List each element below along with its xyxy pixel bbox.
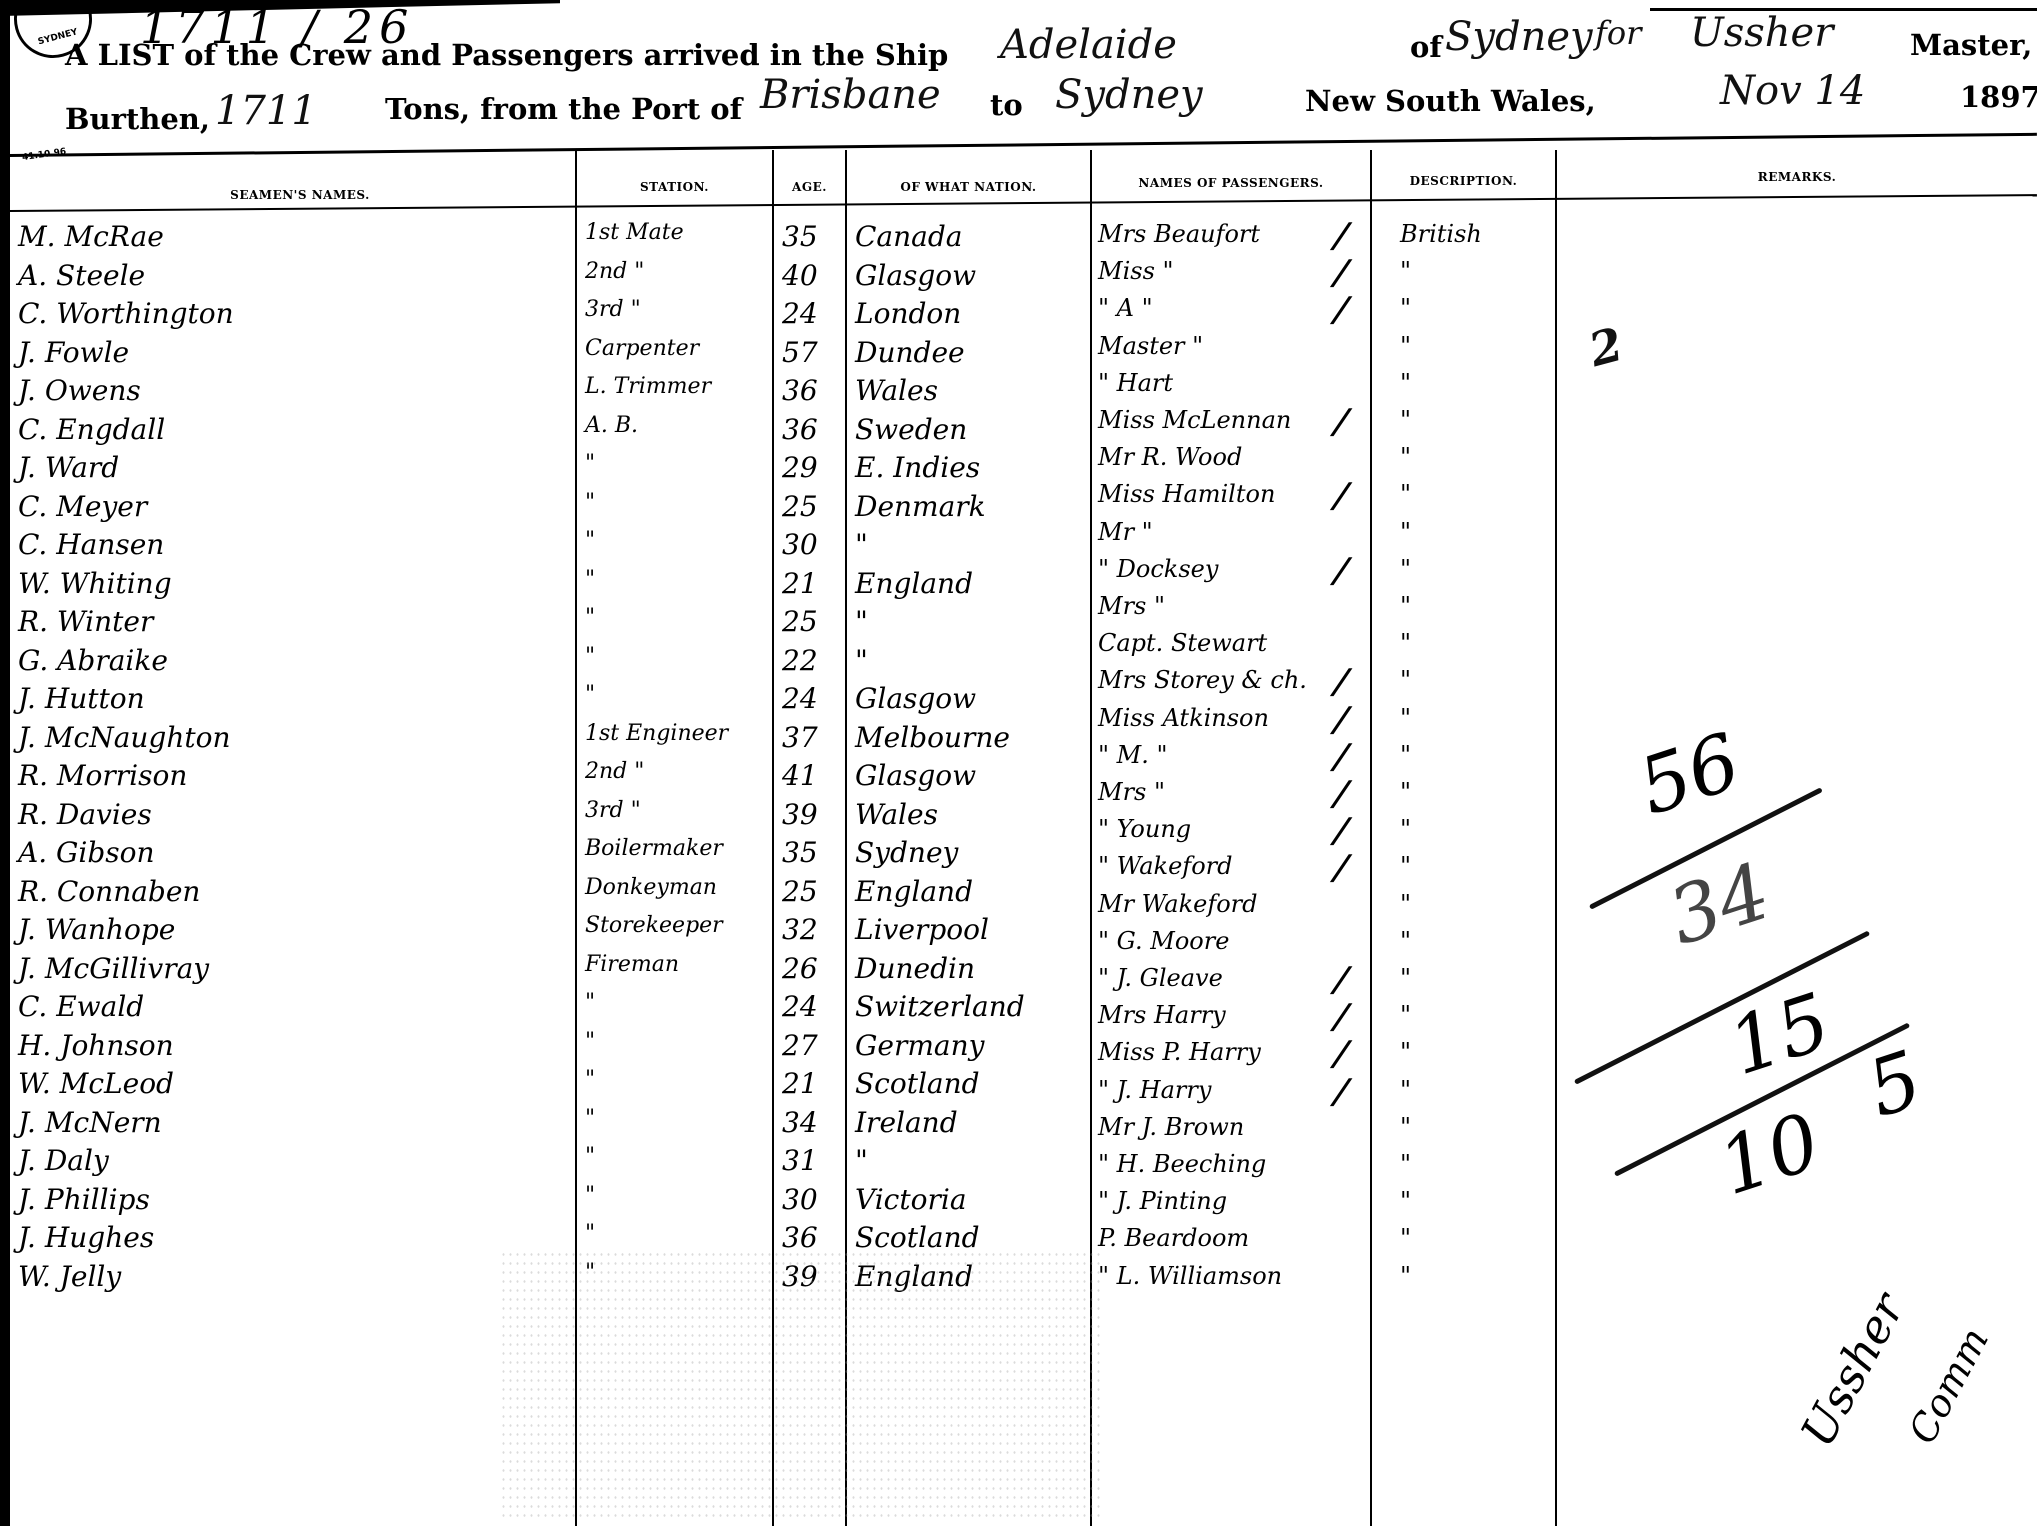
- passenger-description: ": [1400, 1150, 1411, 1178]
- check-mark-icon: /: [1328, 402, 1355, 442]
- col-head-remarks: REMARKS.: [1557, 170, 2037, 184]
- passenger-description: ": [1400, 890, 1411, 918]
- to-port: Sydney: [1055, 72, 1203, 118]
- passenger-row: Mrs Beaufort/British: [0, 220, 2037, 258]
- check-mark-icon: /: [1328, 774, 1355, 814]
- check-mark-icon: /: [1328, 997, 1355, 1037]
- passenger-row: Capt. Stewart": [0, 629, 2037, 667]
- passenger-name: Master ": [1098, 332, 1203, 360]
- passenger-name: " J. Pinting: [1098, 1187, 1227, 1215]
- region-label: New South Wales,: [1305, 84, 1596, 118]
- passenger-name: Miss Hamilton: [1098, 480, 1275, 508]
- passenger-row: Miss Hamilton/": [0, 480, 2037, 518]
- voyage-date: Nov 14: [1720, 68, 1865, 114]
- top-rule: [1650, 8, 2037, 11]
- for-label: for: [1595, 14, 1641, 52]
- passenger-description: ": [1400, 1224, 1411, 1252]
- passenger-name: Mrs Storey & ch.: [1098, 666, 1307, 694]
- passenger-description: ": [1400, 629, 1411, 657]
- of-label: of: [1410, 30, 1442, 64]
- passenger-description: ": [1400, 257, 1411, 285]
- passenger-name: Miss ": [1098, 257, 1174, 285]
- check-mark-icon: /: [1328, 1072, 1355, 1112]
- passenger-description: ": [1400, 1001, 1411, 1029]
- passenger-row: Miss McLennan/": [0, 406, 2037, 444]
- passenger-name: " L. Williamson: [1098, 1262, 1282, 1290]
- passenger-description: ": [1400, 555, 1411, 583]
- ship-of: Sydney: [1445, 14, 1593, 60]
- passenger-row: Mrs "": [0, 592, 2037, 630]
- passenger-name: Mr R. Wood: [1098, 443, 1242, 471]
- passenger-description: ": [1400, 1076, 1411, 1104]
- passenger-row: " J. Harry/": [0, 1076, 2037, 1114]
- col-head-description: DESCRIPTION.: [1372, 174, 1555, 188]
- check-mark-icon: /: [1328, 737, 1355, 777]
- check-mark-icon: /: [1328, 811, 1355, 851]
- passenger-description: ": [1400, 443, 1411, 471]
- passenger-description: ": [1400, 741, 1411, 769]
- passenger-description: ": [1400, 666, 1411, 694]
- check-mark-icon: /: [1328, 253, 1355, 293]
- check-mark-icon: /: [1328, 551, 1355, 591]
- passenger-description: ": [1400, 1038, 1411, 1066]
- col-head-passengers: NAMES OF PASSENGERS.: [1092, 176, 1370, 190]
- ship-name: Adelaide: [1000, 22, 1177, 68]
- check-mark-icon: /: [1328, 1034, 1355, 1074]
- passenger-name: " Hart: [1098, 369, 1173, 397]
- check-mark-icon: /: [1328, 848, 1355, 888]
- passenger-row: " Hart": [0, 369, 2037, 407]
- master-name: Ussher: [1690, 10, 1833, 56]
- passenger-name: " J. Gleave: [1098, 964, 1223, 992]
- passenger-description: ": [1400, 1187, 1411, 1215]
- passenger-name: P. Beardoom: [1098, 1224, 1249, 1252]
- passenger-description: ": [1400, 592, 1411, 620]
- passenger-description: ": [1400, 369, 1411, 397]
- check-mark-icon: /: [1328, 290, 1355, 330]
- passenger-name: " Wakeford: [1098, 852, 1232, 880]
- passenger-description: ": [1400, 1262, 1411, 1290]
- voyage-year: 1897: [1960, 80, 2037, 114]
- header-line1-prefix: A LIST of the Crew and Passengers arrive…: [65, 38, 948, 72]
- passenger-description: ": [1400, 778, 1411, 806]
- passenger-row: Mrs Storey & ch./": [0, 666, 2037, 704]
- check-mark-icon: /: [1328, 216, 1355, 256]
- passenger-description: ": [1400, 815, 1411, 843]
- burthen-label: Burthen,: [65, 102, 210, 136]
- passenger-row: Master "": [0, 332, 2037, 370]
- master-label: Master,: [1910, 28, 2032, 62]
- passenger-description: ": [1400, 927, 1411, 955]
- col-head-nation: OF WHAT NATION.: [847, 180, 1090, 194]
- passenger-name: " Young: [1098, 815, 1191, 843]
- passenger-description: ": [1400, 1113, 1411, 1141]
- passenger-description: ": [1400, 406, 1411, 434]
- passenger-description: ": [1400, 480, 1411, 508]
- passenger-name: Mrs ": [1098, 778, 1165, 806]
- signature-title: Comm: [1900, 1320, 1997, 1450]
- check-mark-icon: /: [1328, 476, 1355, 516]
- passenger-name: " A ": [1098, 294, 1153, 322]
- passenger-row: " Docksey/": [0, 555, 2037, 593]
- passenger-row: Mr "": [0, 518, 2037, 556]
- burthen-value: 1711: [215, 88, 317, 134]
- passenger-row: Mr R. Wood": [0, 443, 2037, 481]
- check-mark-icon: /: [1328, 700, 1355, 740]
- passenger-name: Miss McLennan: [1098, 406, 1291, 434]
- passenger-name: " H. Beeching: [1098, 1150, 1266, 1178]
- passenger-description: ": [1400, 704, 1411, 732]
- passenger-name: Miss P. Harry: [1098, 1038, 1261, 1066]
- passenger-name: Mrs Harry: [1098, 1001, 1226, 1029]
- to-label: to: [990, 88, 1023, 122]
- passenger-description: British: [1400, 220, 1482, 248]
- passenger-description: ": [1400, 294, 1411, 322]
- col-head-seamen: SEAMEN'S NAMES.: [200, 188, 400, 202]
- passenger-name: Miss Atkinson: [1098, 704, 1269, 732]
- paper-noise: [500, 1250, 1100, 1520]
- passenger-name: " M. ": [1098, 741, 1168, 769]
- from-port: Brisbane: [760, 72, 941, 118]
- passenger-row: " A "/": [0, 294, 2037, 332]
- passenger-name: Mr Wakeford: [1098, 890, 1257, 918]
- passenger-name: " G. Moore: [1098, 927, 1229, 955]
- col-head-station: STATION.: [577, 180, 772, 194]
- check-mark-icon: /: [1328, 960, 1355, 1000]
- passenger-description: ": [1400, 518, 1411, 546]
- passenger-description: ": [1400, 964, 1411, 992]
- passenger-name: Mrs Beaufort: [1098, 220, 1260, 248]
- passenger-name: Mr J. Brown: [1098, 1113, 1244, 1141]
- passenger-description: ": [1400, 332, 1411, 360]
- passenger-row: Miss "/": [0, 257, 2037, 295]
- passenger-row: " J. Gleave/": [0, 964, 2037, 1002]
- passenger-name: Mr ": [1098, 518, 1153, 546]
- passenger-name: Capt. Stewart: [1098, 629, 1267, 657]
- passenger-description: ": [1400, 852, 1411, 880]
- passenger-row: Miss Atkinson/": [0, 704, 2037, 742]
- col-head-age: AGE.: [774, 180, 845, 194]
- passenger-name: " J. Harry: [1098, 1076, 1211, 1104]
- check-mark-icon: /: [1328, 662, 1355, 702]
- table-top-rule: [10, 133, 2037, 157]
- passenger-name: Mrs ": [1098, 592, 1165, 620]
- tons-label: Tons, from the Port of: [385, 92, 742, 126]
- passenger-name: " Docksey: [1098, 555, 1218, 583]
- signature: Ussher: [1790, 1284, 1915, 1455]
